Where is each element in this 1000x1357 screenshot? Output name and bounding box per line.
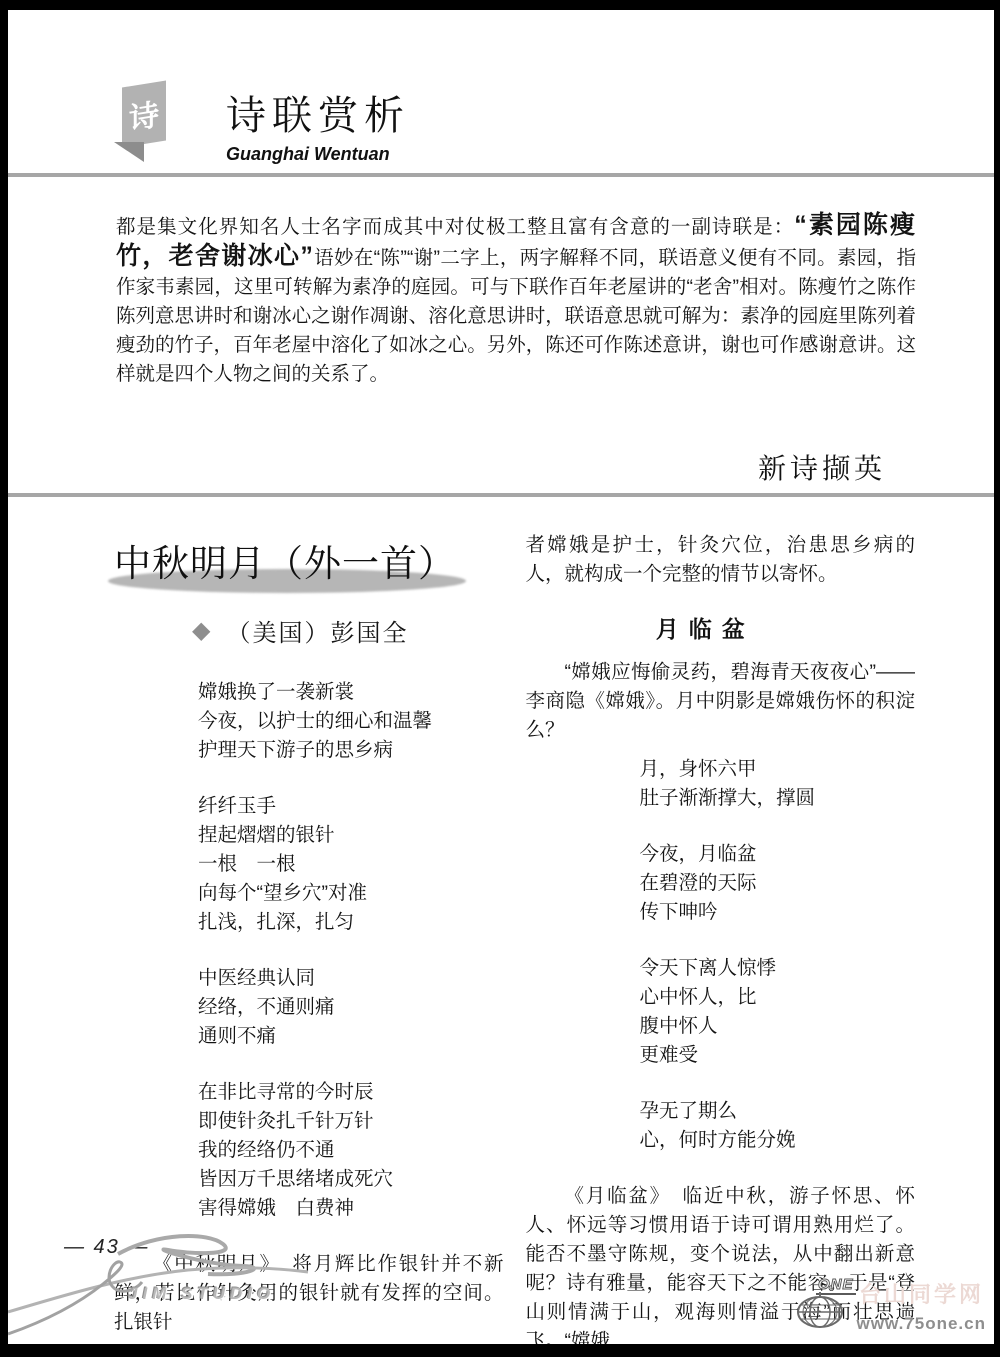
second-poem-title: 月临盆 (526, 611, 886, 644)
site-watermark: 台山同学网 ONE www.75one.cn (788, 1286, 988, 1342)
right-column: 者嫦娥是护士，针灸穴位，治患思乡病的人，就构成一个完整的情节以寄怀。 月临盆 “… (526, 519, 916, 1344)
watermark-url: www.75one.cn (857, 1314, 986, 1334)
diamond-icon: ◆ (192, 619, 210, 643)
left-column: 中秋明月（外一首） ◆ （美国）彭国全 嫦娥换了一袭新裳 今夜，以护士的细心和温… (114, 519, 504, 1344)
poem-title-block: 中秋明月（外一首） (114, 533, 456, 587)
page-frame: 诗 诗联赏析 Guanghai Wentuan 都是集文化界知名人士名字而成其中… (0, 0, 1000, 1357)
commentary-continuation: 者嫦娥是护士，针灸穴位，治患思乡病的人，就构成一个完整的情节以寄怀。 (526, 531, 916, 589)
divider-top (8, 173, 994, 177)
intro-lead: 都是集文化界知名人士名字而成其中对仗极工整且富有含意的一副诗联是： (116, 216, 794, 238)
intro-paragraph: 都是集文化界知名人士名字而成其中对仗极工整且富有含意的一副诗联是：“素园陈瘦竹，… (116, 211, 916, 389)
poetry-flag-icon: 诗 (122, 81, 166, 148)
author-row: ◆ （美国）彭国全 (192, 613, 504, 648)
watermark-site-name: 台山同学网 (859, 1278, 984, 1309)
poem-body: 嫦娥换了一袭新裳 今夜，以护士的细心和温馨 护理天下游子的思乡病 纤纤玉手 捏起… (198, 678, 504, 1223)
content-columns: 中秋明月（外一首） ◆ （美国）彭国全 嫦娥换了一袭新裳 今夜，以护士的细心和温… (8, 497, 994, 1344)
poem-title: 中秋明月（外一首） (114, 533, 456, 587)
magazine-page: 诗 诗联赏析 Guanghai Wentuan 都是集文化界知名人士名字而成其中… (8, 10, 994, 1344)
stanza: 中医经典认同 经络，不通则痛 通则不痛 (198, 964, 504, 1051)
section-heading: 新诗撷英 (8, 447, 886, 487)
flag-fold-icon (114, 142, 144, 162)
poem-author: （美国）彭国全 (226, 613, 408, 648)
stanza: 在非比寻常的今时辰 即使针灸扎千针万针 我的经络仍不通 皆因万千思绪堵成死穴 害… (198, 1078, 504, 1223)
column-title: 诗联赏析 (226, 84, 410, 141)
poetry-logo: 诗 (114, 84, 174, 160)
stanza: 今夜，月临盆 在碧澄的天际 传下呻吟 (640, 840, 916, 927)
epigraph: “嫦娥应悔偷灵药，碧海青天夜夜心”——李商隐《嫦娥》。月中阴影是嫦娥伤怀的积淀么… (526, 658, 916, 745)
stanza: 令天下离人惊悸 心中怀人，比 腹中怀人 更难受 (640, 954, 916, 1070)
page-header: 诗 诗联赏析 Guanghai Wentuan (8, 10, 994, 165)
studio-signature: JIM STUDIO (8, 1224, 338, 1344)
header-text: 诗联赏析 Guanghai Wentuan (226, 84, 410, 165)
page-footer: — 43 — JIM STUDIO 台山同学网 ONE (8, 1224, 994, 1344)
stanza: 嫦娥换了一袭新裳 今夜，以护士的细心和温馨 护理天下游子的思乡病 (198, 678, 504, 765)
logo-character: 诗 (129, 90, 159, 139)
stanza: 孕无了期么 心，何时方能分娩 (640, 1097, 916, 1155)
stanza: 月，身怀六甲 肚子渐渐撑大，撑圆 (640, 755, 916, 813)
stanza: 纤纤玉手 捏起熠熠的银针 一根 一根 向每个“望乡穴”对准 扎浅，扎深，扎匀 (198, 792, 504, 937)
second-poem-body: 月，身怀六甲 肚子渐渐撑大，撑圆 今夜，月临盆 在碧澄的天际 传下呻吟 令天下离… (640, 755, 916, 1155)
column-subtitle: Guanghai Wentuan (226, 144, 410, 165)
globe-icon (794, 1290, 846, 1330)
studio-name: JIM STUDIO (128, 1284, 275, 1304)
